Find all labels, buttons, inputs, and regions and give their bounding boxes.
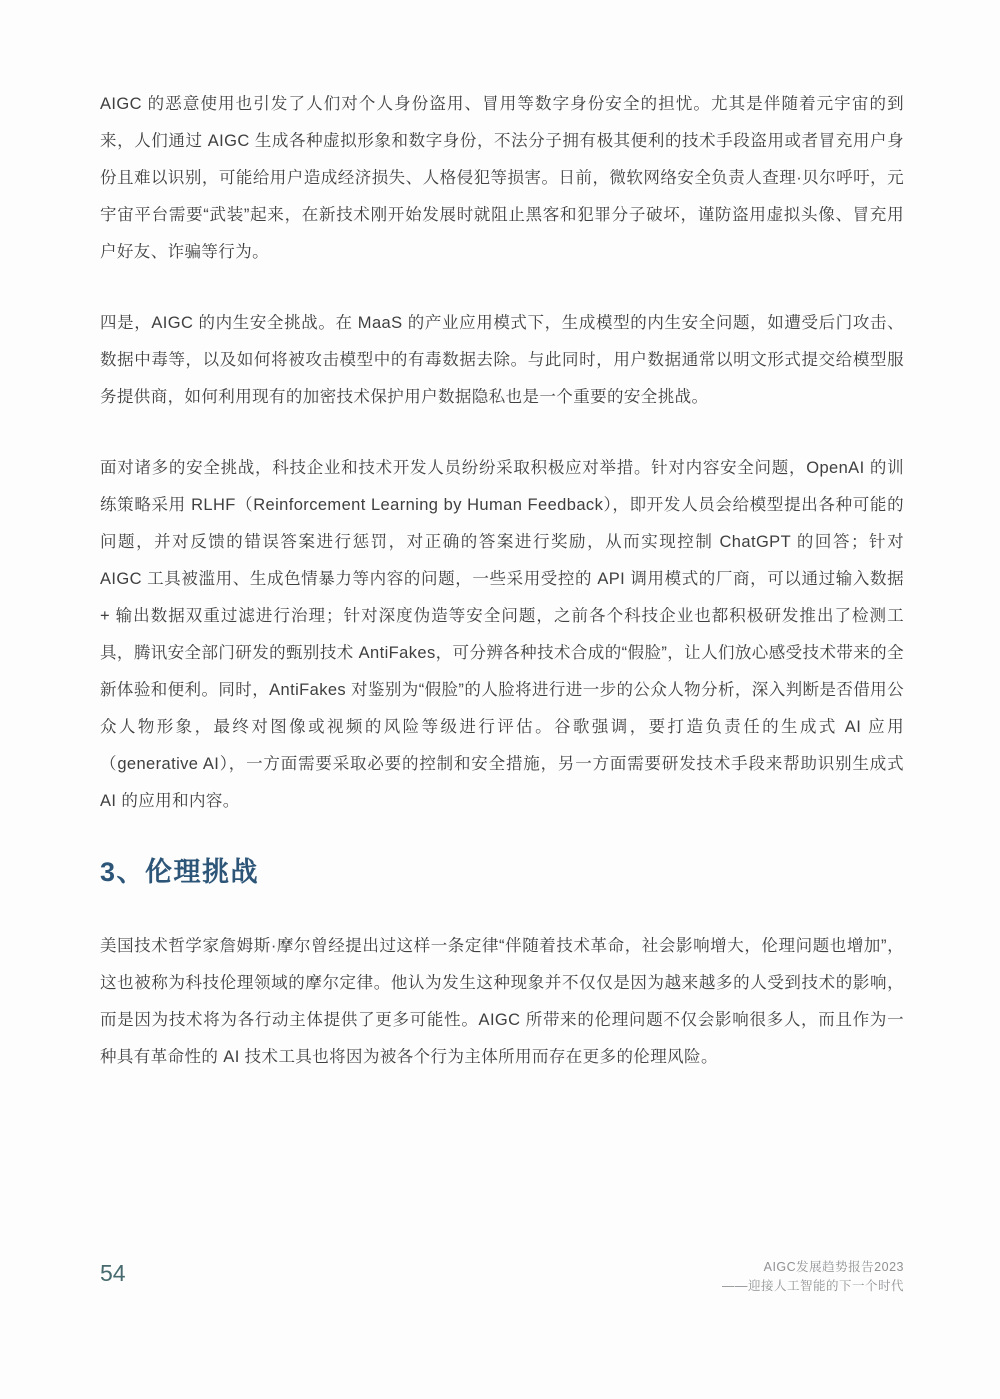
page-body: AIGC 的恶意使用也引发了人们对个人身份盗用、冒用等数字身份安全的担忧。尤其是… [0,0,1000,1076]
document-page: AIGC 的恶意使用也引发了人们对个人身份盗用、冒用等数字身份安全的担忧。尤其是… [0,0,1000,1399]
page-footer: 54 AIGC发展趋势报告2023 ——迎接人工智能的下一个时代 [100,1256,904,1296]
report-title: AIGC发展趋势报告2023 [722,1258,904,1277]
report-title-block: AIGC发展趋势报告2023 ——迎接人工智能的下一个时代 [722,1256,904,1296]
page-number: 54 [100,1256,126,1290]
paragraph-endogenous-security: 四是，AIGC 的内生安全挑战。在 MaaS 的产业应用模式下，生成模型的内生安… [100,305,904,416]
paragraph-identity-security: AIGC 的恶意使用也引发了人们对个人身份盗用、冒用等数字身份安全的担忧。尤其是… [100,86,904,271]
report-subtitle: ——迎接人工智能的下一个时代 [722,1277,904,1296]
section-heading-ethics-challenge: 3、伦理挑战 [100,854,904,890]
paragraph-ethics-moore-law: 美国技术哲学家詹姆斯·摩尔曾经提出过这样一条定律“伴随着技术革命，社会影响增大，… [100,928,904,1076]
paragraph-security-countermeasures: 面对诸多的安全挑战，科技企业和技术开发人员纷纷采取积极应对举措。针对内容安全问题… [100,450,904,820]
